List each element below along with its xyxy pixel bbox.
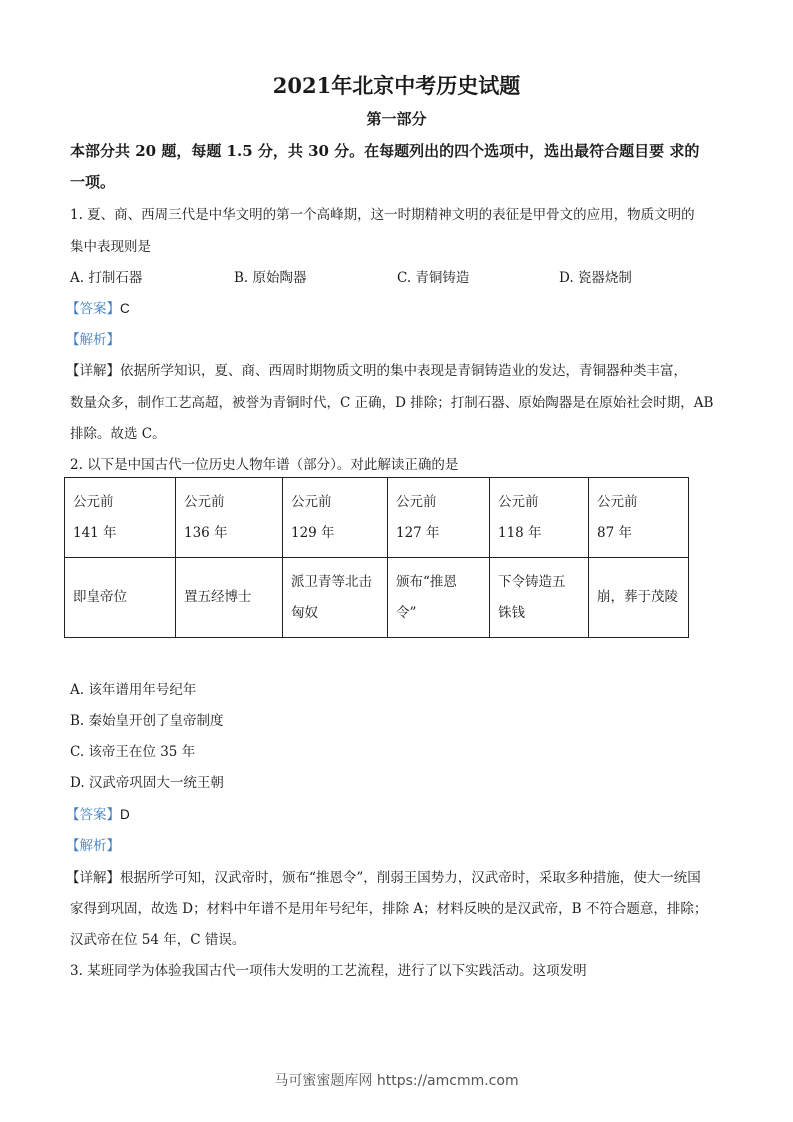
- q2-detail-line-2: 家得到巩固，故选 D；材料中年谱不是用年号纪年，排除 A；材料反映的是汉武帝，B…: [70, 897, 707, 917]
- q1-option-b: B. 原始陶器: [234, 266, 307, 286]
- q1-detail-line-3: 排除。故选 C。: [70, 422, 166, 442]
- answer-value: C: [120, 301, 130, 316]
- year-cell: 公元前127 年: [388, 478, 490, 558]
- year-cell: 公元前129 年: [283, 478, 388, 558]
- year-cell: 公元前141 年: [65, 478, 176, 558]
- q2-analysis-label: 【解析】: [66, 834, 120, 854]
- q2-stem: 2. 以下是中国古代一位历史人物年谱（部分）。对此解读正确的是: [70, 453, 458, 473]
- q2-detail-line-1: 【详解】根据所学可知，汉武帝时，颁布“推恩令”，削弱王国势力，汉武帝时，采取多种…: [66, 866, 701, 886]
- answer-label: 【答案】: [66, 807, 120, 823]
- year-cell: 公元前87 年: [589, 478, 689, 558]
- instructions-line-1: 本部分共 20 题，每题 1.5 分，共 30 分。在每题列出的四个选项中，选出…: [70, 140, 699, 161]
- exam-page: 2021年北京中考历史试题 第一部分 本部分共 20 题，每题 1.5 分，共 …: [0, 0, 793, 1122]
- q1-option-d: D. 瓷器烧制: [559, 266, 632, 286]
- q1-option-a: A. 打制石器: [70, 266, 142, 286]
- q2-option-a: A. 该年谱用年号纪年: [70, 678, 196, 698]
- q1-option-c: C. 青铜铸造: [397, 266, 469, 286]
- year-cell: 公元前136 年: [176, 478, 283, 558]
- section-title: 第一部分: [0, 108, 793, 129]
- table-row-events: 即皇帝位 置五经博士 派卫青等北击匈奴 颁布“推恩令” 下令铸造五铢钱 崩，葬于…: [65, 558, 689, 638]
- q2-option-b: B. 秦始皇开创了皇帝制度: [70, 709, 224, 729]
- chronology-table: 公元前141 年 公元前136 年 公元前129 年 公元前127 年 公元前1…: [64, 477, 689, 638]
- detail-text: 依据所学知识，夏、商、西周时期物质文明的集中表现是青铜铸造业的发达，青铜器种类丰…: [120, 363, 687, 379]
- event-cell: 派卫青等北击匈奴: [283, 558, 388, 638]
- q1-stem-line-2: 集中表现则是: [70, 235, 151, 255]
- q2-option-d: D. 汉武帝巩固大一统王朝: [70, 771, 224, 791]
- q1-detail-line-2: 数量众多，制作工艺高超，被誉为青铜时代，C 正确，D 排除；打制石器、原始陶器是…: [70, 391, 713, 411]
- footer-watermark: 马可蜜蜜题库网 https://amcmm.com: [0, 1070, 793, 1090]
- q1-analysis-label: 【解析】: [66, 328, 120, 348]
- event-cell: 即皇帝位: [65, 558, 176, 638]
- q2-answer: 【答案】D: [66, 803, 130, 823]
- answer-value: D: [120, 807, 130, 822]
- event-cell: 颁布“推恩令”: [388, 558, 490, 638]
- q1-stem-line-1: 1. 夏、商、西周三代是中华文明的第一个高峰期，这一时期精神文明的表征是甲骨文的…: [70, 203, 695, 223]
- detail-label: 【详解】: [66, 363, 120, 379]
- q1-answer: 【答案】C: [66, 297, 130, 317]
- event-cell: 下令铸造五铢钱: [490, 558, 589, 638]
- q2-option-c: C. 该帝王在位 35 年: [70, 740, 195, 760]
- q1-detail-line-1: 【详解】依据所学知识，夏、商、西周时期物质文明的集中表现是青铜铸造业的发达，青铜…: [66, 359, 687, 379]
- page-title: 2021年北京中考历史试题: [0, 70, 793, 100]
- detail-label: 【详解】: [66, 870, 120, 886]
- table-row-years: 公元前141 年 公元前136 年 公元前129 年 公元前127 年 公元前1…: [65, 478, 689, 558]
- event-cell: 置五经博士: [176, 558, 283, 638]
- instructions-line-2: 一项。: [70, 171, 115, 192]
- event-cell: 崩，葬于茂陵: [589, 558, 689, 638]
- answer-label: 【答案】: [66, 301, 120, 317]
- year-cell: 公元前118 年: [490, 478, 589, 558]
- detail-text: 根据所学可知，汉武帝时，颁布“推恩令”，削弱王国势力，汉武帝时，采取多种措施，使…: [120, 870, 701, 886]
- q3-stem: 3. 某班同学为体验我国古代一项伟大发明的工艺流程，进行了以下实践活动。这项发明: [70, 959, 587, 979]
- q2-detail-line-3: 汉武帝在位 54 年，C 错误。: [70, 928, 245, 948]
